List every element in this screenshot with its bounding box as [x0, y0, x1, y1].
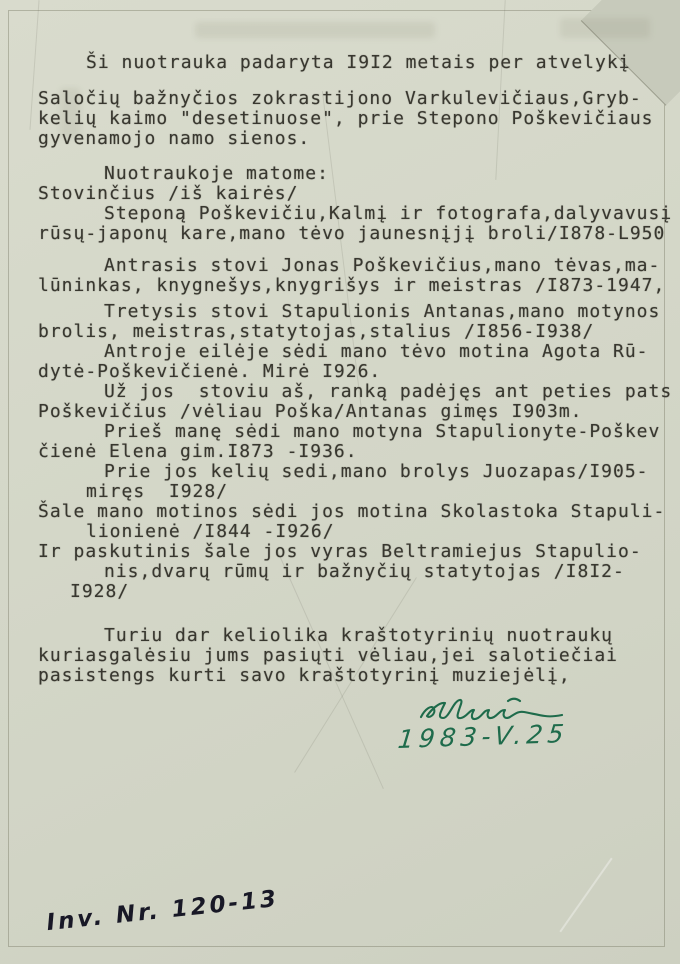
typed-line: Prieš manę sėdi mano motyna Stapulionyte… [38, 422, 680, 442]
typed-line: kuriasgalėsiu jums pasiųti vėliau,jei sa… [38, 646, 680, 666]
typed-line: brolis, meistras,statytojas,stalius /I85… [38, 322, 680, 342]
typed-line: Steponą Poškevičiu,Kalmį ir fotografa,da… [38, 204, 680, 224]
crease-line [559, 858, 612, 933]
typed-text-block: Ši nuotrauka padaryta I9I2 metais per at… [38, 53, 680, 686]
typed-line: Turiu dar keliolika kraštotyrinių nuotra… [38, 626, 680, 646]
typed-line: čienė Elena gim.I873 -I936. [38, 442, 680, 462]
typed-line: Antrasis stovi Jonas Poškevičius,mano tė… [38, 256, 680, 276]
typed-line: miręs I928/ [38, 482, 680, 502]
signature-block: 1983-V.25 [398, 690, 578, 765]
ghost-smudge [195, 22, 435, 38]
document-page: Ši nuotrauka padaryta I9I2 metais per at… [0, 0, 680, 964]
typed-line: Prie jos kelių sedi,mano brolys Juozapas… [38, 462, 680, 482]
typed-line: Antroje eilėje sėdi mano tėvo motina Ago… [38, 342, 680, 362]
typed-line: lūninkas, knygnešys,knygrišys ir meistra… [38, 276, 680, 296]
typed-line: Poškevičius /vėliau Poška/Antanas gimęs … [38, 402, 680, 422]
typed-line: dytė-Poškevičienė. Mirė I926. [38, 362, 680, 382]
typed-line: kelių kaimo "desetinuose", prie Stepono … [38, 109, 680, 129]
typed-line: Tretysis stovi Stapulionis Antanas,mano … [38, 302, 680, 322]
typed-line: lionienė /I844 -I926/ [38, 522, 680, 542]
typed-line: Už jos stoviu aš, ranką padėjęs ant peti… [38, 382, 680, 402]
typed-line: nis,dvarų rūmų ir bažnyčių statytojas /I… [38, 562, 680, 582]
typed-line: Ši nuotrauka padaryta I9I2 metais per at… [38, 53, 680, 73]
inventory-number: Inv. Nr. 120-13 [45, 886, 280, 936]
typed-line: pasistengs kurti savo kraštotyrinį muzie… [38, 666, 680, 686]
typed-line: Nuotraukoje matome: [38, 164, 680, 184]
typed-line: I928/ [38, 582, 680, 602]
typed-line: Ir paskutinis šale jos vyras Beltramieju… [38, 542, 680, 562]
typed-line: rūsų-japonų kare,mano tėvo jaunesnįjį br… [38, 224, 680, 244]
typed-line: Stovinčius /iš kairės/ [38, 184, 680, 204]
typed-line: Šale mano motinos sėdi jos motina Skolas… [38, 502, 680, 522]
signature-date: 1983-V.25 [397, 719, 571, 754]
typed-line: Saločių bažnyčios zokrastijono Varkulevi… [38, 89, 680, 109]
typed-line: gyvenamojo namo sienos. [38, 129, 680, 149]
